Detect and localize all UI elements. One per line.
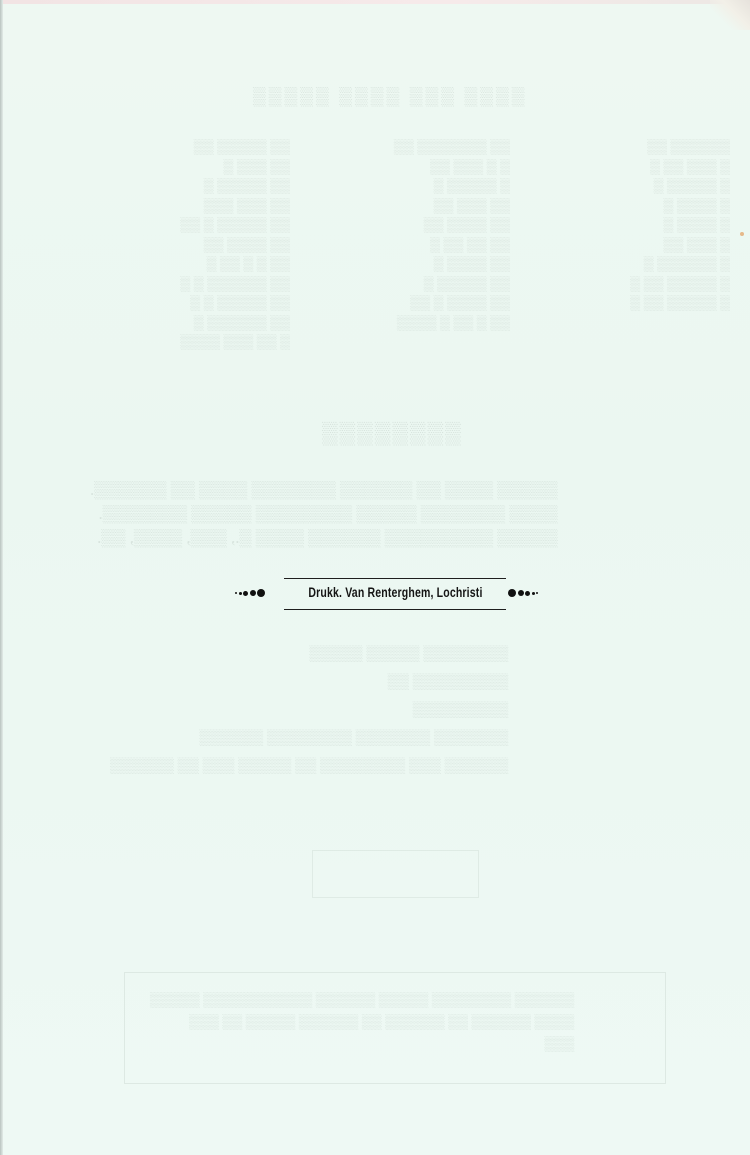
printer-imprint: Drukk. Van Renterghem, Lochristi bbox=[232, 577, 562, 613]
bleed-through-columns: ▒▒▒▒▒▒ ▒▒▒ ▒▒▒ ▒▒ ▒▒ ▒▒▒▒▒ ▒▒ ▒▒▒▒ ▒▒ ▒▒… bbox=[70, 138, 730, 353]
bleed-through-paragraph-2: ▒▒▒▒▒▒▒▒ ▒▒▒▒▒ ▒▒▒▒▒▒▒▒▒▒▒▒▒▒ ▒▒▒▒▒▒▒▒▒▒… bbox=[110, 640, 508, 780]
bleed-through-box bbox=[312, 850, 479, 898]
paper-left-edge bbox=[0, 0, 3, 1155]
paper-stain bbox=[740, 232, 744, 236]
imprint-top-rule bbox=[284, 578, 506, 579]
bleed-through-heading: ▒▒▒▒▒▒▒▒ bbox=[320, 420, 461, 446]
printer-name: Drukk. Van Renterghem, Lochristi bbox=[308, 585, 481, 600]
bleed-through-column: ▒▒ ▒▒▒▒▒▒▒ ▒▒▒ ▒ ▒▒▒ ▒▒▒ ▒▒▒▒▒ ▒▒▒ ▒▒▒ ▒… bbox=[310, 138, 510, 333]
bleed-through-paragraph: ▒▒▒▒▒ ▒▒▒▒ ▒▒ ▒▒▒▒▒▒ ▒▒▒▒▒▒▒ ▒▒▒▒ ▒▒ ▒▒▒… bbox=[90, 478, 558, 550]
bleed-through-title: ▒▒▒▒ ▒▒▒ ▒▒▒▒ ▒▒▒▒▒ bbox=[250, 86, 525, 107]
right-dot-ornament-icon bbox=[508, 589, 538, 597]
paper-corner-fold bbox=[710, 0, 750, 30]
left-dot-ornament-icon bbox=[235, 589, 265, 597]
paper-top-edge bbox=[0, 0, 750, 4]
imprint-bottom-rule bbox=[284, 609, 506, 610]
document-page: ▒▒▒▒ ▒▒▒ ▒▒▒▒ ▒▒▒▒▒ ▒▒▒▒▒▒ ▒▒▒ ▒▒▒ ▒▒ ▒▒… bbox=[0, 0, 750, 1155]
bleed-through-frame-text: ▒▒▒▒▒▒ ▒▒▒▒▒▒▒▒ ▒▒▒▒▒ ▒▒▒▒▒▒ ▒▒▒▒▒▒▒▒▒▒▒… bbox=[150, 990, 574, 1056]
bleed-through-column: ▒▒ ▒▒▒▒▒ ▒▒▒▒ ▒▒▒ ▒▒▒ ▒▒▒▒▒ ▒▒▒ ▒▒▒ ▒▒▒▒… bbox=[90, 138, 290, 353]
bleed-through-column: ▒▒▒▒▒▒ ▒▒▒ ▒▒▒ ▒▒ ▒▒ ▒▒▒▒▒ ▒▒ ▒▒▒▒ ▒▒ ▒▒… bbox=[530, 138, 730, 314]
